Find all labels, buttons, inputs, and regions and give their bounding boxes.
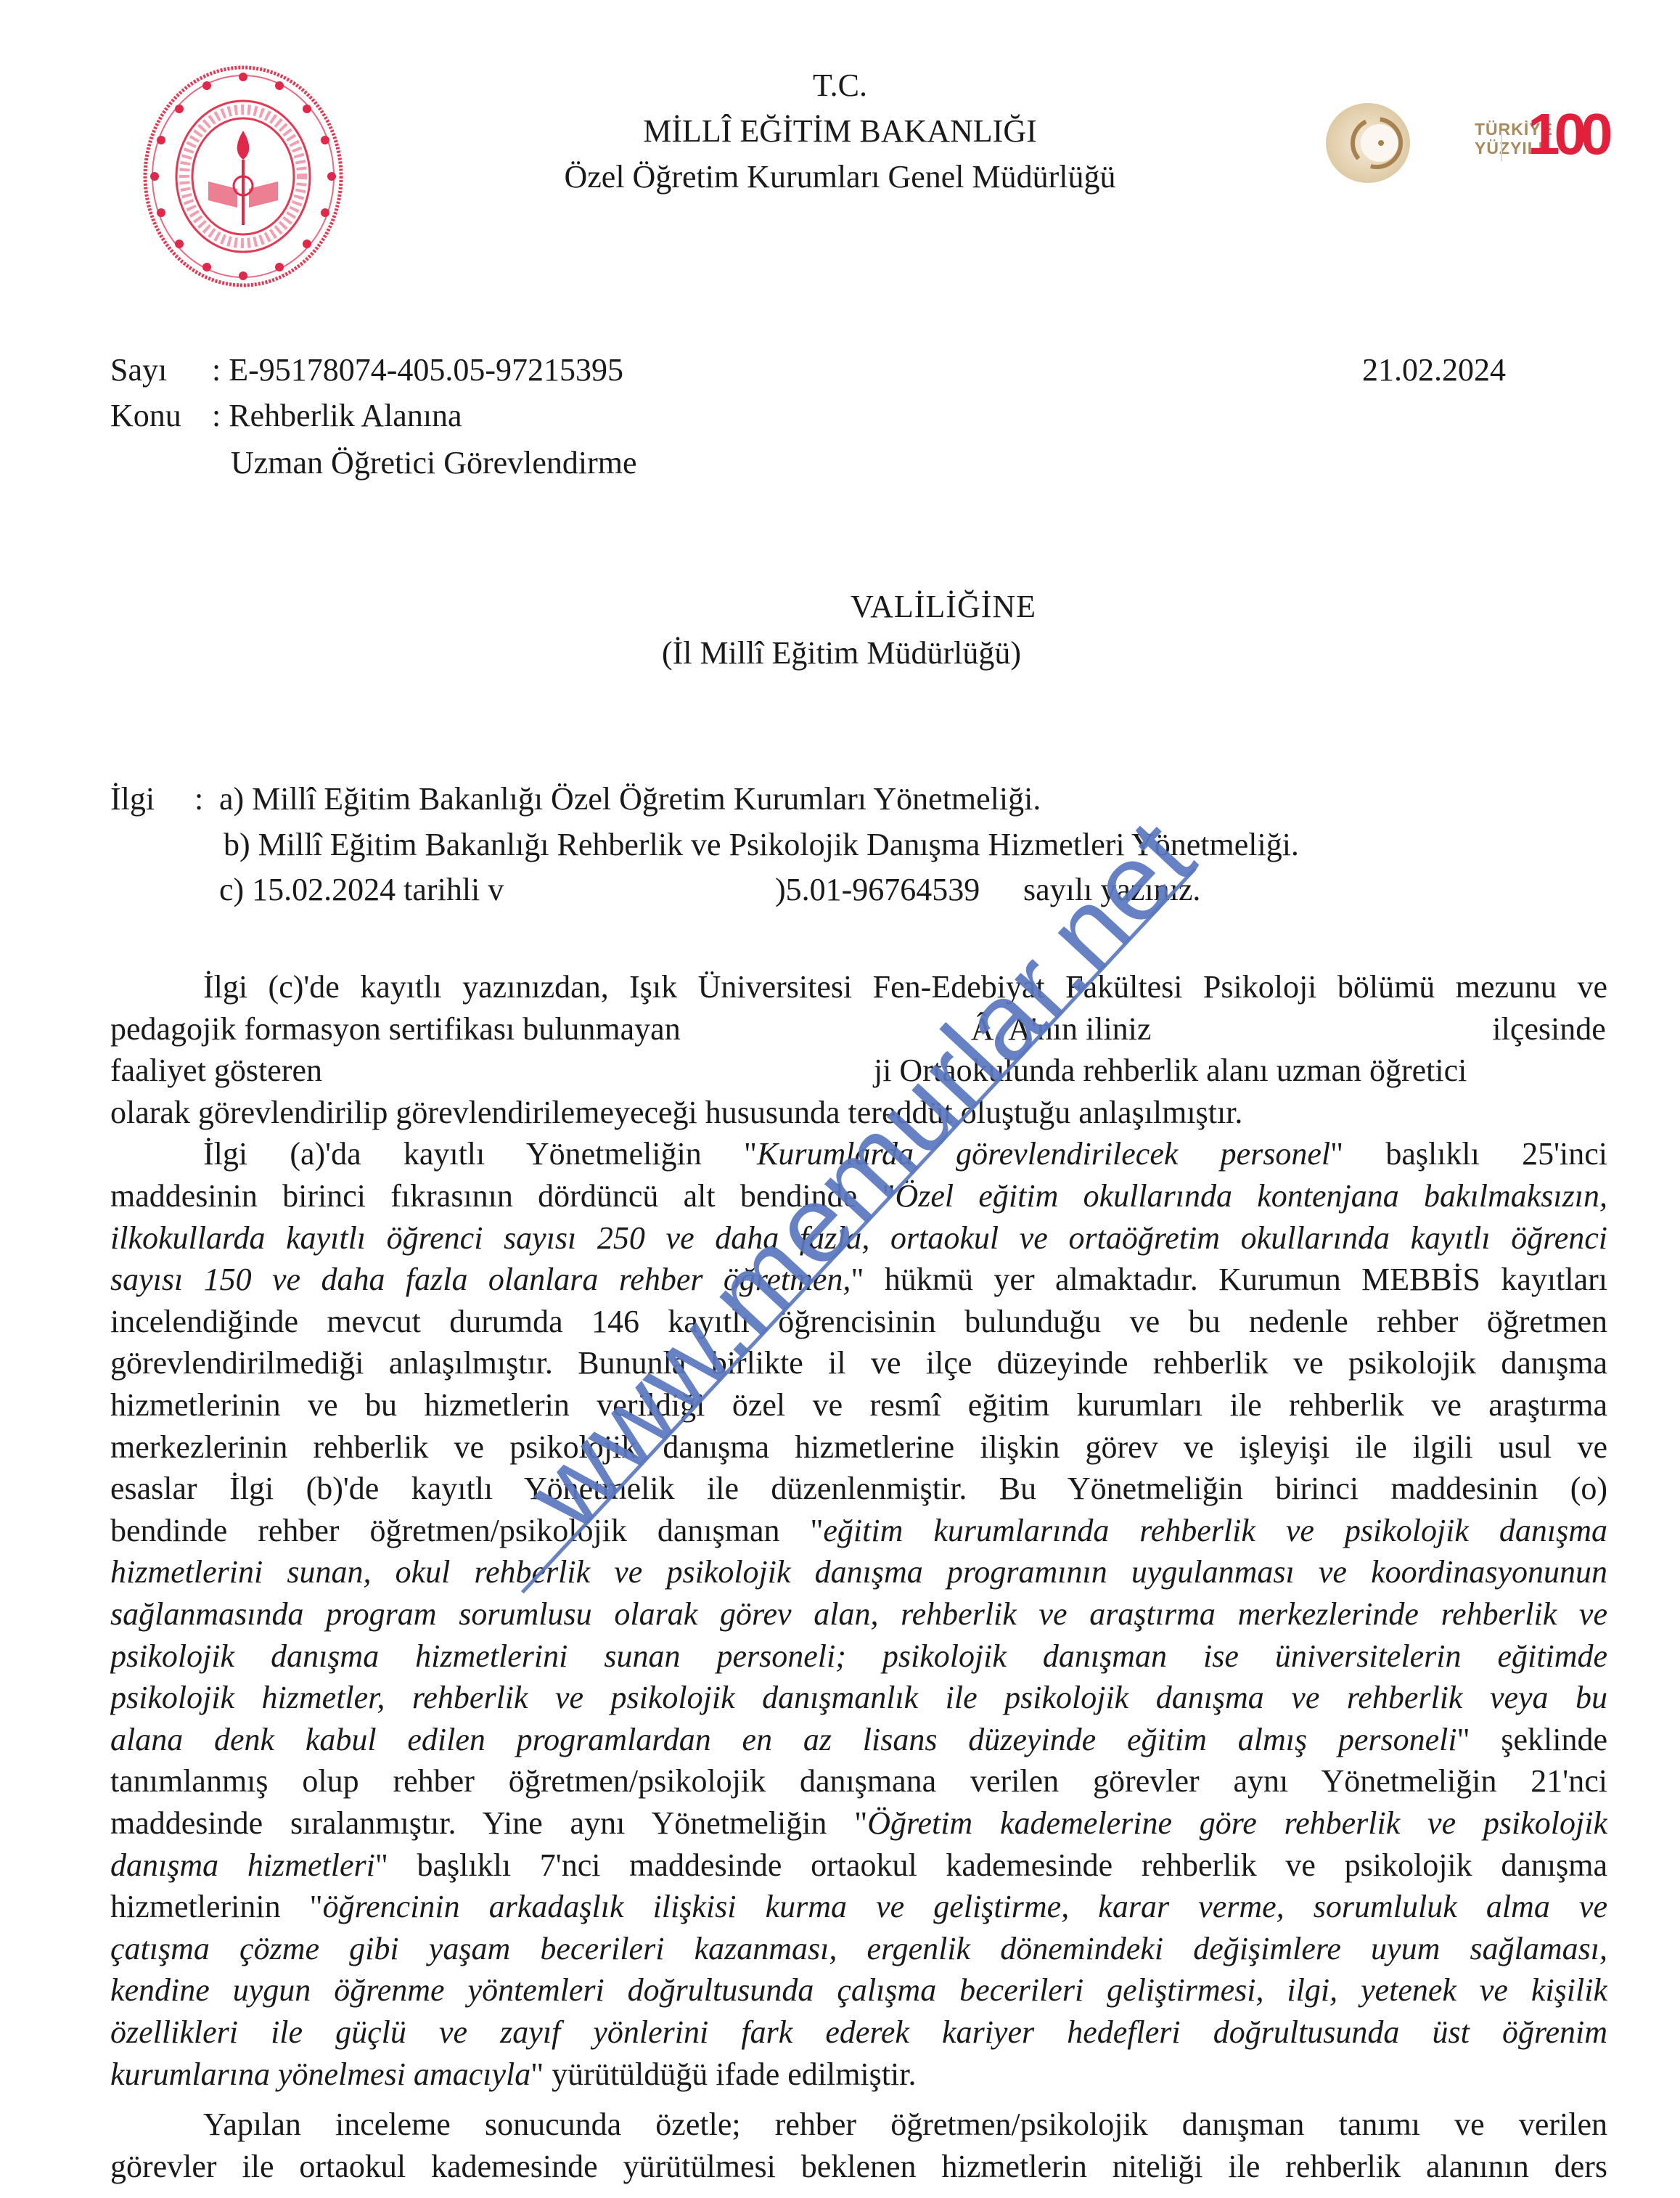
body-line: alana denk kabul edilen programlardan en… (110, 1722, 1607, 1758)
quoted-italic-text: psikolojik hizmetler, rehberlik ve psiko… (110, 1680, 1607, 1715)
body-text: " başlıklı 7'nci maddesinde ortaokul kad… (375, 1847, 1607, 1883)
body-line: pedagojik formasyon sertifikası bulunmay… (110, 1011, 1606, 1047)
body-line: psikolojik danışma hizmetlerini sunan pe… (110, 1638, 1607, 1675)
body-line: faaliyet gösterenji Ortaokulunda rehberl… (110, 1053, 1467, 1089)
body-text: bendinde rehber öğretmen/psikolojik danı… (110, 1513, 823, 1548)
body-text: tanımlanmış olup rehber öğretmen/psikolo… (110, 1763, 1607, 1799)
body-text: görevlendirilmediği anlaşılmıştır. Bunun… (110, 1345, 1607, 1381)
body-text: hizmetlerinin " (110, 1889, 323, 1924)
body-line: hizmetlerini sunan, okul rehberlik ve ps… (110, 1554, 1607, 1590)
body-line: özellikleri ile güçlü ve zayıf yönlerini… (110, 2014, 1607, 2051)
body-text: merkezlerinin rehberlik ve psikolojik da… (110, 1429, 1607, 1465)
quoted-italic-text: Özel eğitim okullarında kontenjana bakıl… (895, 1178, 1607, 1214)
body-line: danışma hizmetleri" başlıklı 7'nci madde… (110, 1847, 1607, 1884)
body-text: esaslar İlgi (b)'de kayıtlı Yönetmelik i… (110, 1471, 1607, 1506)
logo-divider (1501, 131, 1502, 161)
body-line: sayısı 150 ve daha fazla olanlara rehber… (110, 1262, 1607, 1298)
quoted-italic-text: öğrencinin arkadaşlık ilişkisi kurma ve … (323, 1889, 1607, 1924)
body-line: incelendiğinde mevcut durumda 146 kayıtl… (110, 1304, 1607, 1340)
header-directorate: Özel Öğretim Kurumları Genel Müdürlüğü (0, 158, 1680, 195)
body-line: merkezlerinin rehberlik ve psikolojik da… (110, 1429, 1607, 1466)
addressee-line1: VALİLİĞİNE (851, 588, 1036, 625)
quoted-italic-text: kurumlarına yönelmesi amacıyla (110, 2056, 530, 2092)
ilgi-a: a) Millî Eğitim Bakanlığı Özel Öğretim K… (219, 780, 1041, 817)
konu-value-line2: Uzman Öğretici Görevlendirme (231, 444, 637, 481)
body-line: kurumlarına yönelmesi amacıyla" yürütüld… (110, 2056, 916, 2093)
quoted-italic-text: kendine uygun öğrenme yöntemleri doğrult… (110, 1972, 1607, 2008)
body-text: " hükmü yer almaktadır. Kurumun MEBBİS k… (851, 1262, 1607, 1297)
document-page: T.C. MİLLÎ EĞİTİM BAKANLIĞI Özel Öğretim… (0, 0, 1680, 2198)
quoted-italic-text: danışma hizmetleri (110, 1847, 375, 1883)
body-line: kendine uygun öğrenme yöntemleri doğrult… (110, 1972, 1607, 2009)
body-text: " şeklinde (1457, 1722, 1607, 1757)
body-line: olarak görevlendirilip görevlendirilemey… (110, 1095, 1242, 1131)
body-text: görevler ile ortaokul kademesinde yürütü… (110, 2149, 1607, 2184)
document-date: 21.02.2024 (1362, 351, 1506, 388)
konu-value-line1: : Rehberlik Alanına (212, 397, 462, 434)
quoted-italic-text: özellikleri ile güçlü ve zayıf yönlerini… (110, 2014, 1607, 2050)
body-line: sağlanmasında program sorumlusu olarak g… (110, 1596, 1607, 1633)
ilgi-colon: : (194, 780, 203, 817)
body-text: maddesinde sıralanmıştır. Yine aynı Yöne… (110, 1805, 867, 1841)
body-text: olarak görevlendirilip görevlendirilemey… (110, 1095, 1242, 1130)
ilgi-c-part2: )5.01-96764539 (775, 871, 980, 908)
body-text: İlgi (c)'de kayıtlı yazınızdan, Işık Üni… (203, 969, 1607, 1005)
body-text: hizmetlerinin ve bu hizmetlerin verildiğ… (110, 1387, 1607, 1423)
body-text: incelendiğinde mevcut durumda 146 kayıtl… (110, 1304, 1607, 1339)
body-text: " yürütüldüğü ifade edilmiştir. (530, 2056, 916, 2092)
header-ministry: MİLLÎ EĞİTİM BAKANLIĞI (0, 113, 1680, 150)
crescent-star-icon (1324, 102, 1419, 185)
body-line: esaslar İlgi (b)'de kayıtlı Yönetmelik i… (110, 1471, 1607, 1507)
quoted-italic-text: sağlanmasında program sorumlusu olarak g… (110, 1596, 1607, 1632)
konu-label: Konu (110, 397, 181, 434)
body-text: faaliyet gösteren (110, 1053, 322, 1088)
body-line: görevler ile ortaokul kademesinde yürütü… (110, 2149, 1607, 2185)
body-line: çatışma çözme gibi yaşam becerileri kaza… (110, 1931, 1607, 1967)
body-line: hizmetlerinin ve bu hizmetlerin verildiğ… (110, 1387, 1607, 1423)
body-line: maddesinde sıralanmıştır. Yine aynı Yöne… (110, 1805, 1607, 1842)
body-text: pedagojik formasyon sertifikası bulunmay… (110, 1011, 681, 1047)
quoted-italic-text: eğitim kurumlarında rehberlik ve psikolo… (823, 1513, 1607, 1548)
quoted-italic-text: çatışma çözme gibi yaşam becerileri kaza… (110, 1931, 1607, 1966)
quoted-italic-text: Öğretim kademelerine göre rehberlik ve p… (867, 1805, 1607, 1841)
body-text: Yapılan inceleme sonucunda özetle; rehbe… (203, 2107, 1607, 2142)
body-line: tanımlanmış olup rehber öğretmen/psikolo… (110, 1763, 1607, 1799)
sayi-value: : E-95178074-405.05-97215395 (212, 351, 623, 388)
quoted-italic-text: hizmetlerini sunan, okul rehberlik ve ps… (110, 1554, 1607, 1590)
quoted-italic-text: psikolojik danışma hizmetlerini sunan pe… (110, 1638, 1607, 1674)
header-tc: T.C. (0, 67, 1680, 104)
body-line: psikolojik hizmetler, rehberlik ve psiko… (110, 1680, 1607, 1716)
body-line: bendinde rehber öğretmen/psikolojik danı… (110, 1513, 1607, 1549)
body-line: hizmetlerinin "öğrencinin arkadaşlık ili… (110, 1889, 1607, 1925)
addressee-line2: (İl Millî Eğitim Müdürlüğü) (662, 634, 1021, 671)
body-text: " başlıklı 25'inci (1330, 1136, 1607, 1172)
ilgi-label: İlgi (110, 780, 155, 817)
body-text: ilçesinde (1492, 1011, 1605, 1047)
quoted-italic-text: alana denk kabul edilen programlardan en… (110, 1722, 1457, 1757)
sayi-label: Sayı (110, 351, 167, 388)
body-text: İlgi (a)'da kayıtlı Yönetmeliğin " (203, 1136, 757, 1172)
ilgi-c-part1: c) 15.02.2024 tarihli v (219, 871, 504, 908)
centennial-100-logo: 100 (1528, 102, 1607, 167)
body-line: İlgi (c)'de kayıtlı yazınızdan, Işık Üni… (203, 969, 1607, 1005)
body-line: görevlendirilmediği anlaşılmıştır. Bunun… (110, 1345, 1607, 1381)
body-line: Yapılan inceleme sonucunda özetle; rehbe… (203, 2107, 1607, 2143)
